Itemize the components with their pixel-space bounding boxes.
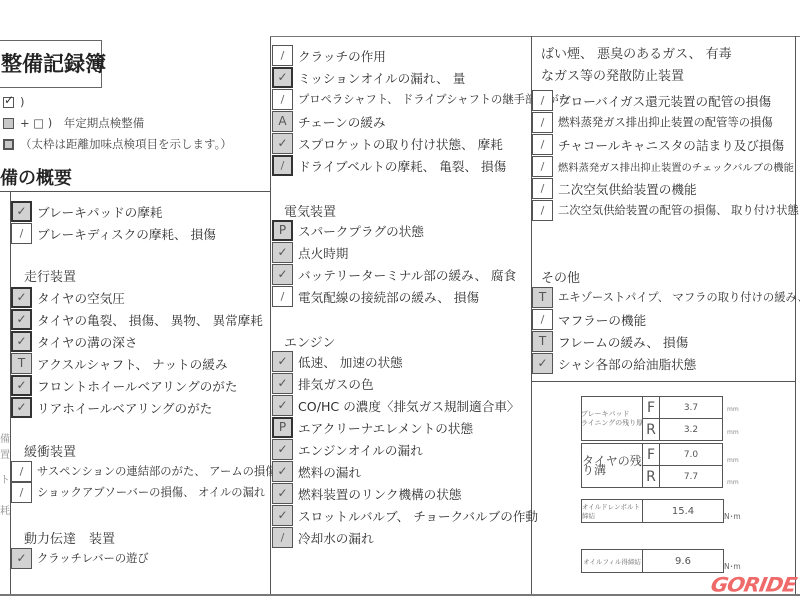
checklist-row[interactable]: ✓ 点火時期 bbox=[272, 241, 348, 263]
divider bbox=[795, 36, 796, 594]
divider bbox=[0, 191, 270, 192]
checklist-item-label: スロットルバルブ、 チョークバルブの作動 bbox=[298, 506, 538, 525]
checklist-row[interactable]: / ブローバイガス還元装置の配管の損傷 bbox=[532, 89, 771, 111]
edge-char: 置 bbox=[0, 446, 10, 461]
divider bbox=[531, 381, 795, 382]
status-mark-slash[interactable]: / bbox=[272, 45, 293, 66]
status-mark-t[interactable]: T bbox=[532, 331, 553, 352]
checklist-row[interactable]: / チャコールキャニスタの詰まり及び損傷 bbox=[532, 133, 784, 155]
status-mark-slash[interactable]: / bbox=[272, 155, 293, 176]
divider bbox=[270, 36, 800, 37]
checklist-row[interactable]: P スパークプラグの状態 bbox=[272, 219, 424, 241]
checklist-row[interactable]: / ショックアブソーバーの損傷、 オイルの漏れ bbox=[11, 481, 265, 503]
legend-text: （太枠は距離加味点検項目を示します。） bbox=[20, 136, 232, 152]
checklist-row[interactable]: ✓ 燃料の漏れ bbox=[272, 460, 361, 482]
status-mark-check[interactable]: ✓ bbox=[272, 242, 293, 263]
unit-label: mm bbox=[727, 429, 739, 436]
status-mark-slash[interactable]: / bbox=[272, 89, 293, 110]
section-heading: 備の概要 bbox=[0, 164, 72, 190]
checklist-item-label: 冷却水の漏れ bbox=[298, 528, 374, 547]
tire-tread-label: タイヤの残り溝 bbox=[582, 444, 643, 487]
checklist-item-label: チャコールキャニスタの詰まり及び損傷 bbox=[558, 135, 784, 154]
legend-line-1: ) bbox=[3, 95, 25, 109]
checklist-row[interactable]: ✓ ブレーキパッドの摩耗 bbox=[11, 200, 162, 222]
tire-tread-front-row: F 7.0 bbox=[643, 444, 722, 465]
status-mark-t[interactable]: T bbox=[11, 353, 32, 374]
status-mark-slash[interactable]: / bbox=[532, 90, 553, 111]
checklist-item-label: ショックアブソーバーの損傷、 オイルの漏れ bbox=[37, 484, 265, 500]
group-label-running-gear: 走行装置 bbox=[24, 266, 76, 285]
checklist-item-label: 燃料の漏れ bbox=[298, 462, 361, 481]
checklist-item-label: 燃料蒸発ガス排出抑止装置の配管等の損傷 bbox=[558, 114, 773, 130]
checklist-item-label: スパークプラグの状態 bbox=[298, 221, 424, 240]
group-label-drivetrain: 動力伝達 装置 bbox=[24, 528, 115, 547]
checklist-row[interactable]: / ブレーキディスクの摩耗、 損傷 bbox=[11, 222, 216, 244]
checklist-item-label: 二次空気供給装置の配管の損傷、 取り付け状態 bbox=[558, 202, 799, 218]
checklist-row[interactable]: / サスペンションの連結部のがた、 アームの損傷 bbox=[11, 460, 277, 482]
checklist-row[interactable]: ✓ リアホイールベアリングのがた bbox=[11, 396, 212, 418]
status-mark-p[interactable]: P bbox=[272, 220, 293, 241]
group-label-engine: エンジン bbox=[284, 332, 335, 351]
status-mark-check[interactable]: ✓ bbox=[11, 331, 32, 352]
divider bbox=[270, 36, 271, 594]
status-mark-slash[interactable]: / bbox=[532, 200, 553, 221]
group-label-other: その他 bbox=[541, 267, 580, 286]
goride-watermark-logo: GORIDE bbox=[709, 574, 798, 597]
checklist-row[interactable]: / 二次空気供給装置の配管の損傷、 取り付け状態 bbox=[532, 199, 799, 221]
checklist-row[interactable]: / ドライブベルトの摩耗、 亀裂、 損傷 bbox=[272, 154, 506, 176]
checklist-row[interactable]: ✓ 低速、 加速の状態 bbox=[272, 350, 403, 372]
group-label-emissions-line2: なガス等の発散防止装置 bbox=[541, 65, 684, 84]
checklist-item-label: クラッチの作用 bbox=[298, 46, 386, 65]
unit-label: mm bbox=[727, 457, 739, 464]
status-mark-check[interactable]: ✓ bbox=[11, 375, 32, 396]
axle-label: R bbox=[643, 419, 660, 440]
checklist-row[interactable]: ✓ スロットルバルブ、 チョークバルブの作動 bbox=[272, 504, 538, 526]
status-mark-check[interactable]: ✓ bbox=[272, 483, 293, 504]
checklist-row[interactable]: ✓ フロントホイールベアリングのがた bbox=[11, 374, 238, 396]
brake-pad-front-value[interactable]: 3.7 bbox=[660, 397, 722, 418]
status-mark-check[interactable]: ✓ bbox=[11, 548, 32, 569]
bold-box-icon bbox=[3, 139, 14, 150]
checklist-item-label: ブローバイガス還元装置の配管の損傷 bbox=[558, 91, 771, 110]
status-mark-t[interactable]: T bbox=[532, 287, 553, 308]
status-mark-slash[interactable]: / bbox=[532, 178, 553, 199]
checklist-row[interactable]: ✓ クラッチレバーの遊び bbox=[11, 547, 149, 569]
checklist-item-label: タイヤの空気圧 bbox=[37, 288, 125, 307]
checklist-row[interactable]: A チェーンの緩み bbox=[272, 110, 386, 132]
axle-label: F bbox=[643, 397, 660, 418]
checklist-item-label: エキゾーストパイプ、 マフラの取り付けの緩み、 損傷 bbox=[558, 289, 800, 305]
checklist-item-label: ドライブベルトの摩耗、 亀裂、 損傷 bbox=[298, 156, 506, 175]
checklist-item-label: フレームの緩み、 損傷 bbox=[558, 332, 688, 351]
legend-line-3: （太枠は距離加味点検項目を示します。） bbox=[3, 136, 232, 152]
status-mark-slash[interactable]: / bbox=[11, 461, 32, 482]
checklist-row[interactable]: ✓ タイヤの亀裂、 損傷、 異物、 異常摩耗 bbox=[11, 308, 263, 330]
checklist-row[interactable]: ✓ タイヤの空気圧 bbox=[11, 286, 125, 308]
checklist-row[interactable]: / 二次空気供給装置の機能 bbox=[532, 177, 697, 199]
oil-filler-torque: オイルフィル得締結 9.6 bbox=[581, 549, 724, 573]
brake-pad-label: ブレーキパッド ライニングの残り厚 bbox=[582, 397, 643, 440]
tire-tread-front-value[interactable]: 7.0 bbox=[660, 444, 722, 465]
checklist-item-label: チェーンの緩み bbox=[298, 112, 386, 131]
status-mark-check[interactable]: ✓ bbox=[272, 505, 293, 526]
unit-label: N･m bbox=[724, 561, 741, 572]
checklist-item-label: 点火時期 bbox=[298, 243, 348, 262]
divider bbox=[0, 594, 800, 596]
status-mark-slash[interactable]: / bbox=[272, 527, 293, 548]
legend-text: ) bbox=[20, 95, 25, 109]
checklist-item-label: プロペラシャフト、 ドライブシャフトの継手部のがた bbox=[298, 91, 570, 107]
status-mark-check[interactable]: ✓ bbox=[11, 201, 32, 222]
checklist-item-label: 二次空気供給装置の機能 bbox=[558, 179, 697, 198]
document-title: 整備記録簿 bbox=[0, 40, 102, 88]
checklist-item-label: 燃料装置のリンク機構の状態 bbox=[298, 484, 461, 503]
status-mark-check[interactable]: ✓ bbox=[11, 287, 32, 308]
unit-label: mm bbox=[727, 479, 739, 486]
checklist-item-label: クラッチレバーの遊び bbox=[37, 550, 149, 566]
status-mark-check[interactable]: ✓ bbox=[532, 353, 553, 374]
checklist-row[interactable]: ✓ ミッションオイルの漏れ、 量 bbox=[272, 66, 465, 88]
checklist-item-label: マフラーの機能 bbox=[558, 310, 646, 329]
checklist-item-label: タイヤの溝の深さ bbox=[37, 332, 138, 351]
checklist-row[interactable]: / 燃料蒸発ガス排出抑止装置のチェックバルブの機能 bbox=[532, 155, 794, 177]
checklist-item-label: フロントホイールベアリングのがた bbox=[37, 376, 238, 395]
checklist-row[interactable]: T フレームの緩み、 損傷 bbox=[532, 330, 688, 352]
tire-tread-rear-row: R 7.7 bbox=[643, 465, 722, 487]
checklist-row[interactable]: / プロペラシャフト、 ドライブシャフトの継手部のがた bbox=[272, 88, 570, 110]
legend-line-2: + □ ) 年定期点検整備 bbox=[3, 115, 144, 131]
status-mark-slash[interactable]: / bbox=[11, 482, 32, 503]
group-label-electrical: 電気装置 bbox=[284, 201, 336, 220]
checked-box-icon bbox=[3, 97, 14, 108]
checklist-row[interactable]: / 電気配線の接続部の緩み、 損傷 bbox=[272, 285, 479, 307]
checklist-row[interactable]: ✓ タイヤの溝の深さ bbox=[11, 330, 138, 352]
brake-pad-rear-row: R 3.2 bbox=[643, 418, 722, 440]
checklist-row[interactable]: / マフラーの機能 bbox=[532, 308, 646, 330]
checklist-row[interactable]: ✓ CO/HC の濃度〈排気ガス規制適合車〉 bbox=[272, 394, 520, 416]
status-mark-slash[interactable]: / bbox=[532, 156, 553, 177]
unit-label: mm bbox=[727, 406, 739, 413]
checklist-item-label: 低速、 加速の状態 bbox=[298, 352, 403, 371]
checklist-item-label: ミッションオイルの漏れ、 量 bbox=[298, 68, 465, 87]
brake-pad-thickness-table: ブレーキパッド ライニングの残り厚 F 3.7 R 3.2 bbox=[581, 396, 723, 441]
checklist-item-label: スプロケットの取り付け状態、 摩耗 bbox=[298, 134, 503, 153]
checklist-row[interactable]: ✓ 排気ガスの色 bbox=[272, 372, 374, 394]
checklist-row[interactable]: P エアクリーナエレメントの状態 bbox=[272, 416, 473, 438]
checklist-item-label: エアクリーナエレメントの状態 bbox=[298, 418, 473, 437]
checklist-item-label: CO/HC の濃度〈排気ガス規制適合車〉 bbox=[298, 396, 520, 415]
group-label-emissions-line1: ばい煙、 悪臭のあるガス、 有毒 bbox=[541, 43, 732, 62]
unit-label: N･m bbox=[724, 511, 741, 522]
checklist-item-label: 排気ガスの色 bbox=[298, 374, 374, 393]
status-mark-slash[interactable]: / bbox=[532, 112, 553, 133]
status-mark-check[interactable]: ✓ bbox=[272, 133, 293, 154]
checklist-row[interactable]: ✓ バッテリーターミナル部の緩み、 腐食 bbox=[272, 263, 516, 285]
oil-filler-label: オイルフィル得締結 bbox=[582, 550, 643, 572]
oil-filler-value[interactable]: 9.6 bbox=[643, 550, 723, 572]
checklist-row[interactable]: ✓ スプロケットの取り付け状態、 摩耗 bbox=[272, 132, 503, 154]
checklist-item-label: ブレーキパッドの摩耗 bbox=[37, 202, 162, 221]
status-mark-slash[interactable]: / bbox=[11, 223, 32, 244]
status-mark-check[interactable]: ✓ bbox=[272, 351, 293, 372]
tire-tread-table: タイヤの残り溝 F 7.0 R 7.7 bbox=[581, 443, 723, 488]
checklist-item-label: 燃料蒸発ガス排出抑止装置のチェックバルブの機能 bbox=[558, 159, 794, 174]
status-mark-a[interactable]: A bbox=[272, 111, 293, 132]
checklist-row[interactable]: ✓ 燃料装置のリンク機構の状態 bbox=[272, 482, 461, 504]
status-mark-check[interactable]: ✓ bbox=[272, 439, 293, 460]
status-mark-check[interactable]: ✓ bbox=[272, 461, 293, 482]
status-mark-slash[interactable]: / bbox=[532, 134, 553, 155]
checklist-row[interactable]: / 冷却水の漏れ bbox=[272, 526, 374, 548]
checklist-item-label: 電気配線の接続部の緩み、 損傷 bbox=[298, 287, 479, 306]
brake-pad-front-row: F 3.7 bbox=[643, 397, 722, 418]
edge-char: ト bbox=[0, 471, 10, 486]
status-mark-p[interactable]: P bbox=[272, 417, 293, 438]
axle-label: F bbox=[643, 444, 660, 465]
status-mark-slash[interactable]: / bbox=[272, 286, 293, 307]
checklist-row[interactable]: T エキゾーストパイプ、 マフラの取り付けの緩み、 損傷 bbox=[532, 286, 800, 308]
status-mark-check[interactable]: ✓ bbox=[272, 373, 293, 394]
checklist-item-label: バッテリーターミナル部の緩み、 腐食 bbox=[298, 265, 516, 284]
status-mark-slash[interactable]: / bbox=[532, 309, 553, 330]
status-mark-check[interactable]: ✓ bbox=[272, 264, 293, 285]
group-label-suspension: 緩衝装置 bbox=[24, 441, 76, 460]
checklist-row[interactable]: / 燃料蒸発ガス排出抑止装置の配管等の損傷 bbox=[532, 111, 773, 133]
checklist-item-label: ブレーキディスクの摩耗、 損傷 bbox=[37, 224, 216, 243]
checklist-row[interactable]: T アクスルシャフト、 ナットの緩み bbox=[11, 352, 227, 374]
oil-drain-bolt-label: オイルドレンボルト締結 bbox=[582, 500, 643, 522]
checklist-item-label: サスペンションの連結部のがた、 アームの損傷 bbox=[37, 463, 277, 479]
status-mark-check[interactable]: ✓ bbox=[11, 309, 32, 330]
checklist-row[interactable]: ✓ エンジンオイルの漏れ bbox=[272, 438, 423, 460]
edge-char: 備 bbox=[0, 430, 10, 445]
checklist-item-label: リアホイールベアリングのがた bbox=[37, 398, 212, 417]
status-mark-check[interactable]: ✓ bbox=[11, 397, 32, 418]
checklist-item-label: エンジンオイルの漏れ bbox=[298, 440, 423, 459]
checklist-row[interactable]: ✓ シャシ各部の給油脂状態 bbox=[532, 352, 696, 374]
gray-box-icon bbox=[3, 118, 14, 129]
checklist-item-label: シャシ各部の給油脂状態 bbox=[558, 354, 696, 373]
status-mark-check[interactable]: ✓ bbox=[272, 67, 293, 88]
legend-text: + □ ) 年定期点検整備 bbox=[20, 115, 144, 131]
brake-pad-rear-value[interactable]: 3.2 bbox=[660, 419, 722, 440]
edge-char: 耗 bbox=[0, 502, 10, 517]
status-mark-check[interactable]: ✓ bbox=[272, 395, 293, 416]
checklist-item-label: タイヤの亀裂、 損傷、 異物、 異常摩耗 bbox=[37, 310, 263, 329]
oil-drain-bolt-torque: オイルドレンボルト締結 15.4 bbox=[581, 499, 724, 523]
checklist-row[interactable]: / クラッチの作用 bbox=[272, 44, 386, 66]
oil-drain-bolt-value[interactable]: 15.4 bbox=[643, 500, 723, 522]
axle-label: R bbox=[643, 466, 660, 487]
checklist-item-label: アクスルシャフト、 ナットの緩み bbox=[37, 354, 227, 373]
tire-tread-rear-value[interactable]: 7.7 bbox=[660, 466, 722, 487]
